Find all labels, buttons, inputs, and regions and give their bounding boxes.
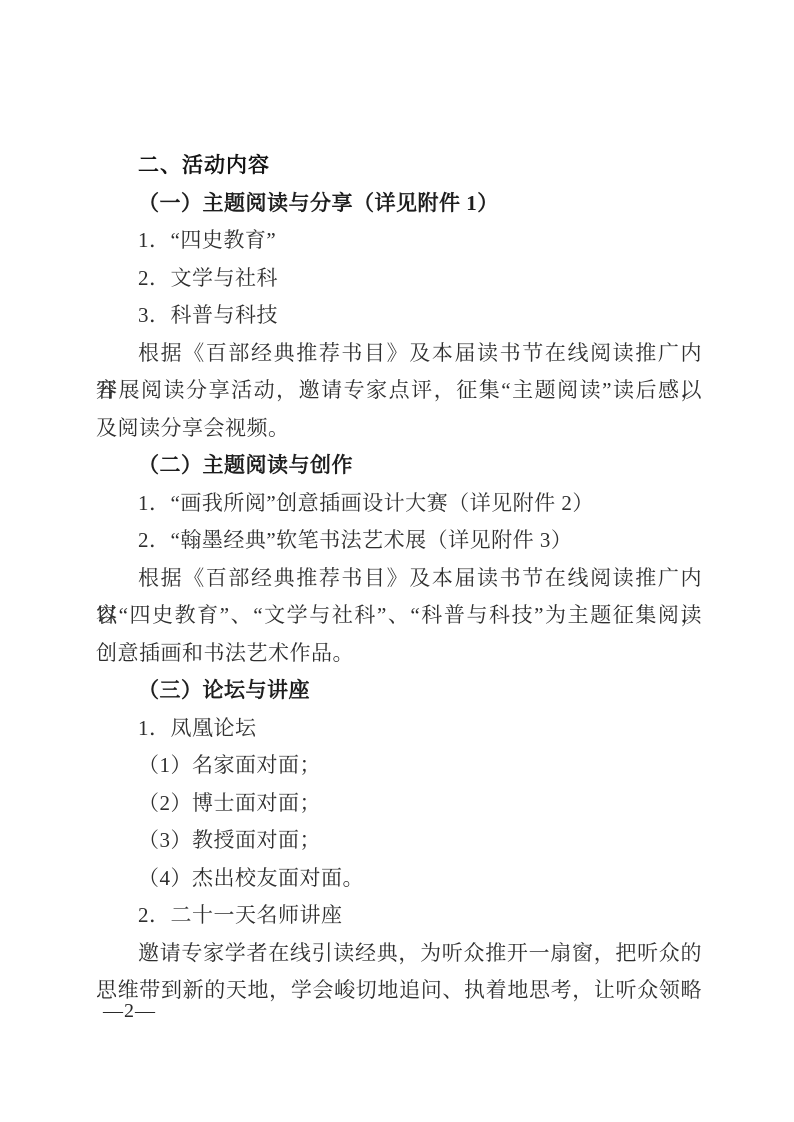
- paragraph-line: 创意插画和书法艺术作品。: [96, 635, 702, 673]
- paragraph-line: 邀请专家学者在线引读经典，为听众推开一扇窗，把听众的: [96, 935, 702, 973]
- list-item-face-to-face-masters: （1）名家面对面；: [96, 747, 702, 785]
- list-item-21-day-lecture: 2．二十一天名师讲座: [96, 897, 702, 935]
- list-item-literature-social-science: 2．文学与社科: [96, 260, 702, 298]
- paragraph-line: 根据《百部经典推荐书目》及本届读书节在线阅读推广内容，: [96, 335, 702, 373]
- paragraph-line: 根据《百部经典推荐书目》及本届读书节在线阅读推广内容，: [96, 560, 702, 598]
- list-item-face-to-face-professors: （3）教授面对面；: [96, 822, 702, 860]
- list-item-illustration-contest: 1．“画我所阅”创意插画设计大赛（详见附件 2）: [96, 485, 702, 523]
- list-item-face-to-face-alumni: （4）杰出校友面对面。: [96, 860, 702, 898]
- section-heading-activity-content: 二、活动内容: [96, 147, 702, 185]
- list-item-sishi-education: 1．“四史教育”: [96, 222, 702, 260]
- list-item-calligraphy-exhibition: 2．“翰墨经典”软笔书法艺术展（详见附件 3）: [96, 522, 702, 560]
- document-page: 二、活动内容 （一）主题阅读与分享（详见附件 1） 1．“四史教育” 2．文学与…: [0, 0, 794, 1122]
- list-item-face-to-face-doctors: （2）博士面对面；: [96, 785, 702, 823]
- list-item-science-technology: 3．科普与科技: [96, 297, 702, 335]
- list-item-phoenix-forum: 1．凤凰论坛: [96, 710, 702, 748]
- subsection-heading-reading-and-sharing: （一）主题阅读与分享（详见附件 1）: [96, 185, 702, 223]
- paragraph-line: 开展阅读分享活动，邀请专家点评，征集“主题阅读”读后感以: [96, 372, 702, 410]
- subsection-heading-reading-and-creation: （二）主题阅读与创作: [96, 447, 702, 485]
- paragraph-line: 及阅读分享会视频。: [96, 410, 702, 448]
- document-body: 二、活动内容 （一）主题阅读与分享（详见附件 1） 1．“四史教育” 2．文学与…: [96, 147, 702, 1010]
- page-number: —2—: [103, 1000, 156, 1023]
- paragraph-line: 思维带到新的天地，学会峻切地追问、执着地思考，让听众领略: [96, 972, 702, 1010]
- paragraph-line: 以“四史教育”、“文学与社科”、“科普与科技”为主题征集阅读: [96, 597, 702, 635]
- subsection-heading-forum-and-lecture: （三）论坛与讲座: [96, 672, 702, 710]
